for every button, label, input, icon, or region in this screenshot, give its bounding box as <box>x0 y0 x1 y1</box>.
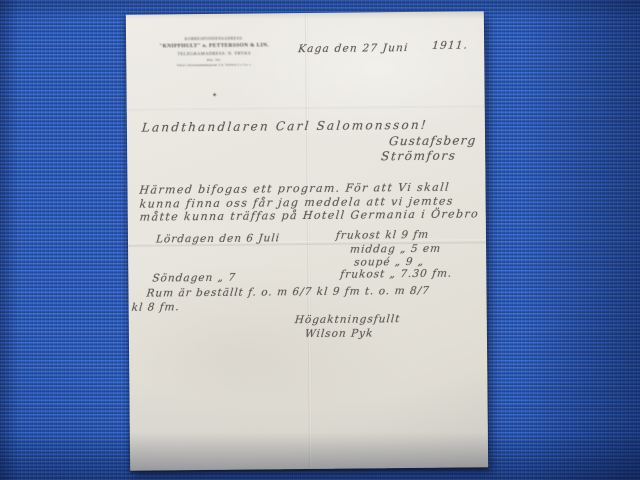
schedule-meal-4: frukost „ 7.30 fm. <box>340 268 453 281</box>
signature-closing: Högaktningsfullt <box>294 313 401 326</box>
schedule-day-2: Söndagen „ 7 <box>152 272 237 285</box>
printed-letterhead: KORRESPONDENSADRESS: "KNIPPHULT" o. PETT… <box>138 35 290 69</box>
schedule-meal-2: middag „ 5 em <box>350 243 442 256</box>
schedule-day-1: Lördagen den 6 Juli <box>155 232 280 245</box>
schedule-meal-1: frukost kl 9 fm <box>335 229 429 242</box>
hotel-name-underlined: Germania <box>350 208 417 222</box>
schedule-meal-3: soupé „ 9 „ <box>354 256 425 269</box>
letterhead-line-2: "KNIPPHULT" o. PETTERSSON & LIN. <box>138 41 290 51</box>
recipient-line-2: Gustafsberg <box>388 133 477 148</box>
diamond-ornament-icon: ✦ <box>139 91 291 102</box>
vertical-fold-crease <box>305 13 312 469</box>
room-booking-line-2: kl 8 fm. <box>131 301 180 313</box>
room-booking-line: Rum är beställt f. o. m 6/7 kl 9 fm t. o… <box>146 285 430 300</box>
body-line-3-post: i Örebro <box>416 207 480 221</box>
body-line-3-pre: måtte kunna träffas på Hotell <box>139 209 351 224</box>
recipient-line-3: Strömfors <box>381 149 458 164</box>
letterhead-line-5: Filial i Kristinehamnsgatan 3 A. Telefon… <box>138 62 290 68</box>
dateline-place-date: Kaga den 27 Juni <box>298 42 410 55</box>
letter-paper: KORRESPONDENSADRESS: "KNIPPHULT" o. PETT… <box>126 11 488 470</box>
body-line-3: måtte kunna träffas på Hotell Germania i… <box>139 207 480 223</box>
faint-horizontal-crease <box>127 103 485 110</box>
recipient-name: Landthandlaren Carl Salomonsson! <box>141 118 428 135</box>
dateline-year: 1911. <box>432 39 469 51</box>
signature-name: Wilson Pyk <box>304 327 374 340</box>
